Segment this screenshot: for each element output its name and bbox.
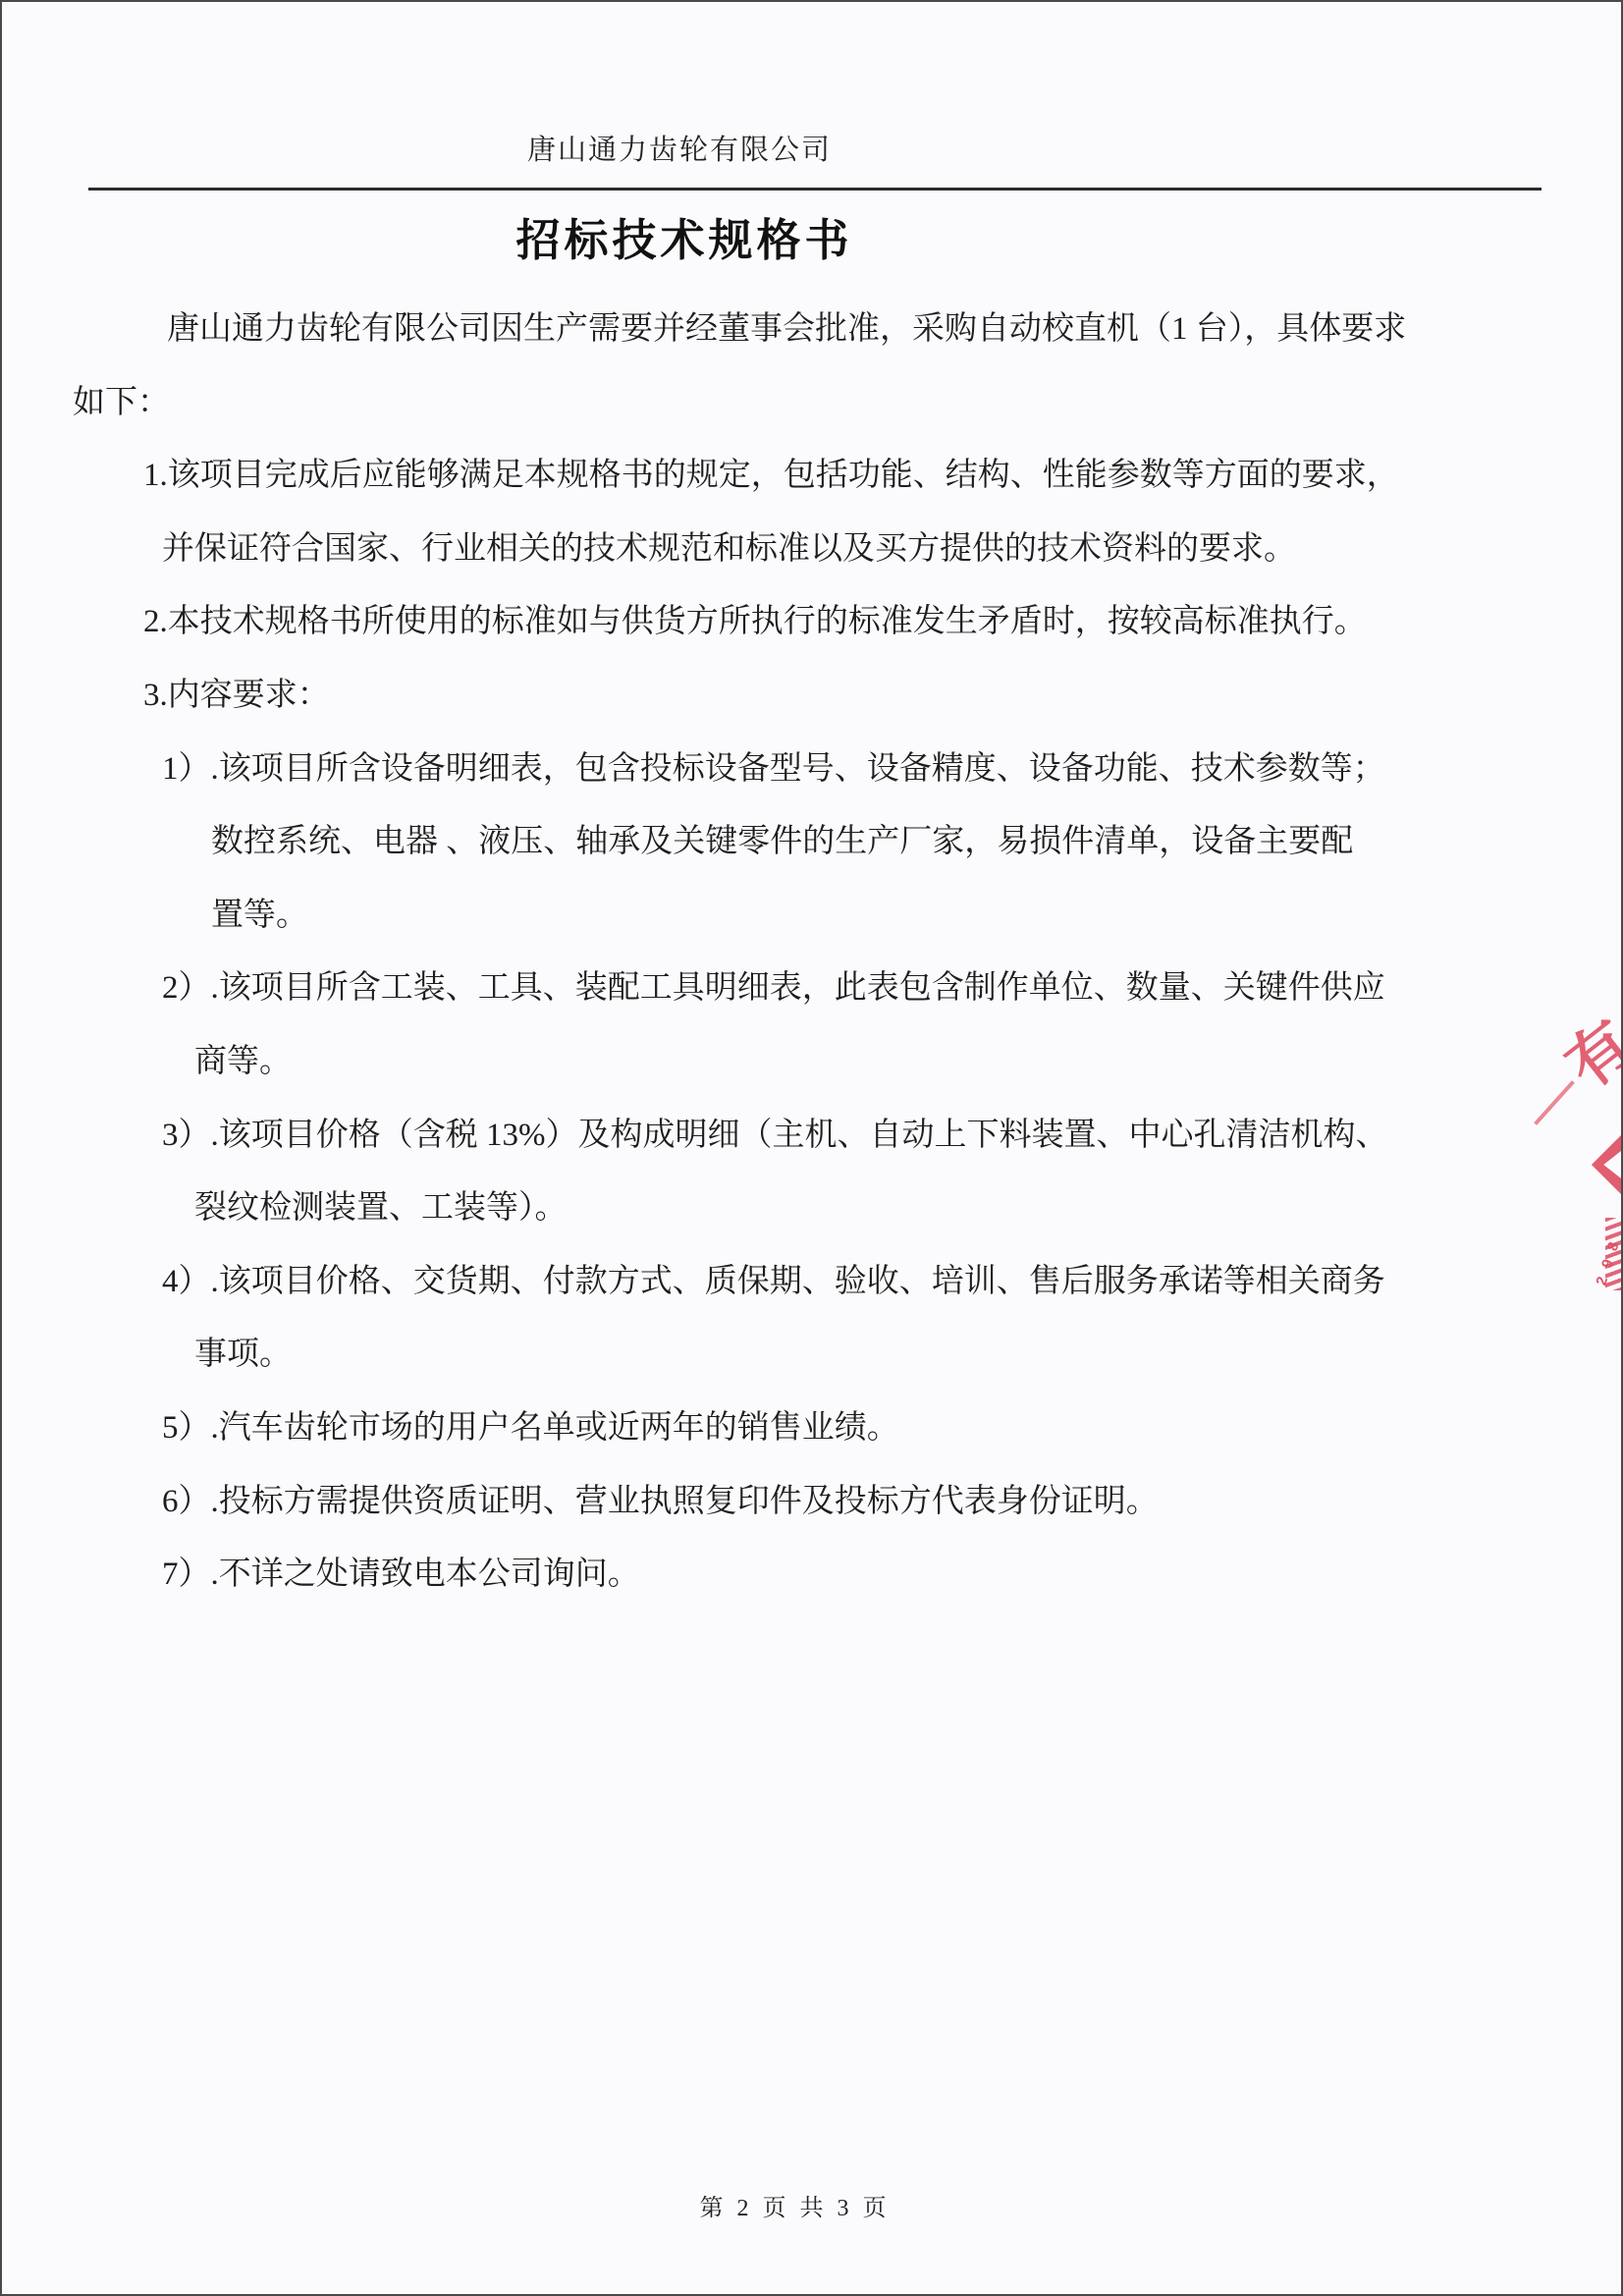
body-line: 如下：	[73, 366, 1582, 440]
body-line: 置等。	[73, 879, 1582, 953]
body-line: 3）.该项目价格（含税 13%）及构成明细（主机、自动上下料装置、中心孔清洁机构…	[73, 1099, 1582, 1173]
seal-serial-digits: 2 9 8	[1593, 1237, 1623, 1287]
body-line: 并保证符合国家、行业相关的技术规范和标准以及买方提供的技术资料的要求。	[73, 513, 1582, 586]
document-body: 唐山通力齿轮有限公司因生产需要并经董事会批准，采购自动校直机（1 台），具体要求…	[73, 293, 1582, 1612]
body-line: 1）.该项目所含设备明细表，包含投标设备型号、设备精度、设备功能、技术参数等；	[73, 733, 1582, 806]
document-page: 唐山通力齿轮有限公司 招标技术规格书 唐山通力齿轮有限公司因生产需要并经董事会批…	[0, 0, 1623, 2296]
footer-page-number: 第 2 页 共 3 页	[2, 2188, 1588, 2222]
body-line: 裂纹检测装置、工装等）。	[73, 1172, 1582, 1245]
header-rule	[88, 188, 1542, 191]
body-line: 2.本技术规格书所使用的标准如与供货方所执行的标准发生矛盾时，按较高标准执行。	[73, 585, 1582, 659]
body-line: 5）.汽车齿轮市场的用户名单或近两年的销售业绩。	[73, 1392, 1582, 1465]
seal-chevron-icon	[1584, 1129, 1623, 1200]
body-line: 7）.不详之处请致电本公司询问。	[73, 1538, 1582, 1612]
body-line: 唐山通力齿轮有限公司因生产需要并经董事会批准，采购自动校直机（1 台），具体要求	[73, 293, 1582, 366]
body-line: 4）.该项目价格、交货期、付款方式、质保期、验收、培训、售后服务承诺等相关商务	[73, 1245, 1582, 1319]
body-line: 数控系统、电器 、液压、轴承及关键零件的生产厂家，易损件清单，设备主要配	[73, 805, 1582, 879]
body-line: 商等。	[73, 1025, 1582, 1099]
body-line: 事项。	[73, 1318, 1582, 1392]
body-line: 6）.投标方需提供资质证明、营业执照复印件及投标方代表身份证明。	[73, 1465, 1582, 1539]
body-line: 1.该项目完成后应能够满足本规格书的规定，包括功能、结构、性能参数等方面的要求，	[73, 439, 1582, 513]
seal-perforation-edge	[1605, 1218, 1621, 1290]
document-title: 招标技术规格书	[2, 204, 1367, 268]
header-company-name: 唐山通力齿轮有限公司	[2, 128, 1357, 168]
body-line: 2）.该项目所含工装、工具、装配工具明细表，此表包含制作单位、数量、关键件供应	[73, 952, 1582, 1025]
body-line: 3.内容要求：	[73, 659, 1582, 733]
